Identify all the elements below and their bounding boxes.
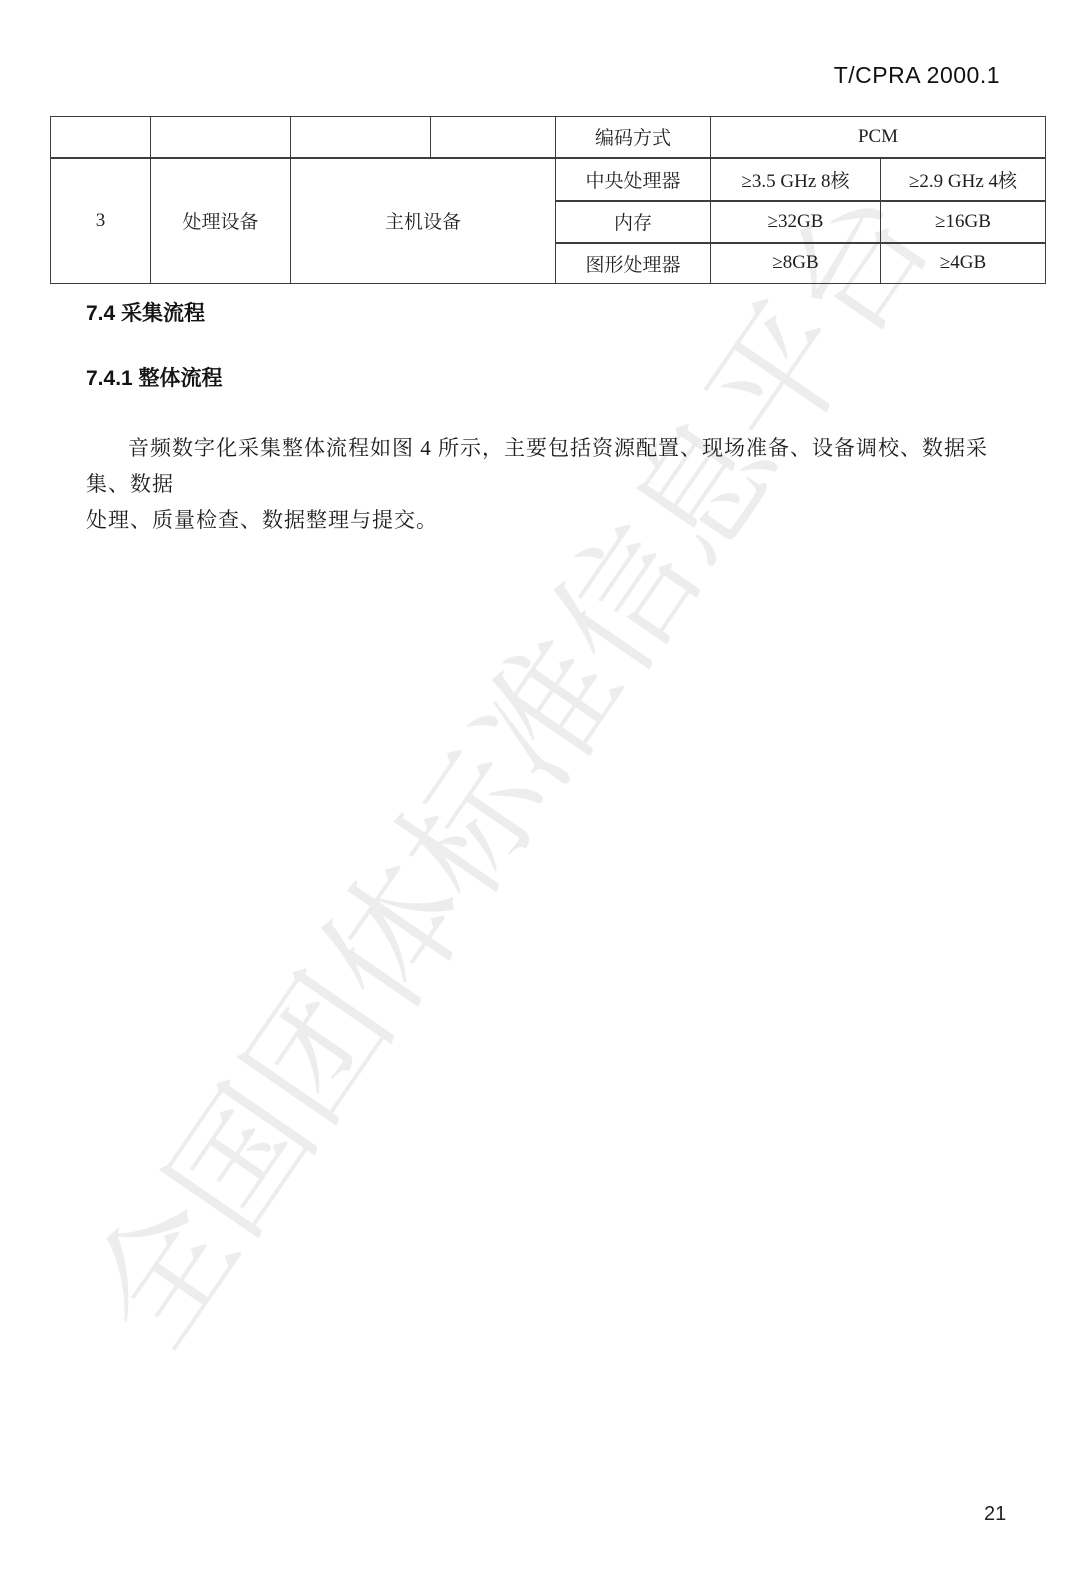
- section-heading-7-4-1: 7.4.1 整体流程: [86, 362, 223, 392]
- table-cell-cpu-value2: ≥2.9 GHz 4核: [881, 158, 1046, 201]
- equipment-spec-table: 编码方式 PCM 3 处理设备 主机设备 中央处理器 ≥3.5 GHz 8核 ≥…: [50, 116, 1046, 284]
- paragraph-line-1: 音频数字化采集整体流程如图 4 所示，主要包括资源配置、现场准备、设备调校、数据…: [86, 430, 1012, 502]
- page-number: 21: [984, 1503, 1006, 1526]
- table-row-carryover: 编码方式 PCM: [51, 117, 1046, 158]
- body-paragraph: 音频数字化采集整体流程如图 4 所示，主要包括资源配置、现场准备、设备调校、数据…: [86, 430, 1012, 538]
- document-page: T/CPRA 2000.1 编码方式 PCM 3 处理设备 主机设备: [0, 0, 1080, 1595]
- table-cell-gpu-label: 图形处理器: [556, 243, 711, 284]
- table-cell-memory-value1: ≥32GB: [711, 201, 881, 243]
- table-cell-empty: [291, 117, 431, 158]
- table-cell-empty: [151, 117, 291, 158]
- section-heading-7-4: 7.4 采集流程: [86, 297, 205, 327]
- table-cell-encoding-value: PCM: [711, 117, 1046, 158]
- table-cell-gpu-value1: ≥8GB: [711, 243, 881, 284]
- table-cell-cpu-value1: ≥3.5 GHz 8核: [711, 158, 881, 201]
- table-cell-empty: [51, 117, 151, 158]
- table-cell-device: 主机设备: [291, 158, 556, 284]
- standard-number-header: T/CPRA 2000.1: [834, 62, 1000, 89]
- table-cell-cpu-label: 中央处理器: [556, 158, 711, 201]
- paragraph-line-2: 处理、质量检查、数据整理与提交。: [86, 502, 1012, 538]
- table-cell-row-index: 3: [51, 158, 151, 284]
- table-cell-encoding-label: 编码方式: [556, 117, 711, 158]
- table-cell-empty: [431, 117, 556, 158]
- table-cell-gpu-value2: ≥4GB: [881, 243, 1046, 284]
- table-cell-memory-value2: ≥16GB: [881, 201, 1046, 243]
- table-row-cpu: 3 处理设备 主机设备 中央处理器 ≥3.5 GHz 8核 ≥2.9 GHz 4…: [51, 158, 1046, 201]
- table-cell-category: 处理设备: [151, 158, 291, 284]
- table-cell-memory-label: 内存: [556, 201, 711, 243]
